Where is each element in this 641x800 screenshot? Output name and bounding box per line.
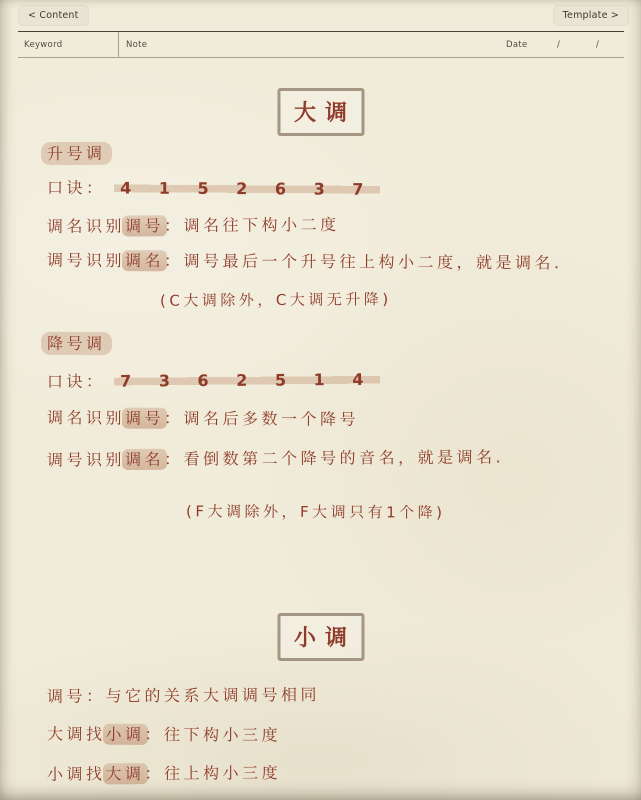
date-column-label: Date <box>506 40 528 50</box>
rule-highlight: 大调 <box>102 763 147 784</box>
f-major-exception-note: (F大调除外，F大调只有1个降) <box>186 500 446 522</box>
note-column-label: Note <box>126 40 147 50</box>
content-back-button[interactable]: < Content <box>19 6 88 25</box>
rule-text: 调号 <box>47 687 86 706</box>
rule-highlight: 调名 <box>122 449 167 470</box>
sharp-keys-heading-text: 升号调 <box>41 142 112 165</box>
rule-text: ：看倒数第二个降号的音名，就是调名. <box>164 447 504 468</box>
rule-text: 调名识别 <box>47 408 125 427</box>
flat-keys-formula: 7 3 6 2 5 1 4 <box>114 370 380 391</box>
flat-rule-signature-to-name: 调号识别调名：看倒数第二个降号的音名，就是调名. <box>47 444 504 470</box>
formula-label: 口诀： <box>47 372 106 391</box>
rule-text: 调名识别 <box>47 216 125 236</box>
rule-text: 调号识别 <box>47 450 125 470</box>
date-slash-2: / <box>596 40 599 50</box>
sharp-keys-heading: 升号调 <box>47 141 106 164</box>
table-top-rule <box>18 31 624 32</box>
rule-highlight: 小调 <box>102 724 147 745</box>
template-next-button[interactable]: Template > <box>554 6 628 25</box>
flat-keys-heading-text: 降号调 <box>41 332 112 355</box>
major-to-minor-rule: 大调找小调：往下构小三度 <box>47 721 281 745</box>
flat-keys-heading: 降号调 <box>47 331 106 354</box>
minor-rule-signature: 调号：与它的关系大调调号相同 <box>47 682 320 707</box>
rule-highlight: 调号 <box>122 215 167 236</box>
formula-label: 口诀： <box>47 178 106 197</box>
major-key-title: 大调 <box>294 101 356 126</box>
minor-key-title: 小调 <box>294 626 356 651</box>
sharp-keys-formula: 4 1 5 2 6 3 7 <box>114 178 380 198</box>
rule-highlight: 调号 <box>122 408 167 429</box>
flat-keys-formula-line: 口诀： 7 3 6 2 5 1 4 <box>47 367 381 392</box>
rule-text: ：往下构小三度 <box>144 725 281 745</box>
table-bottom-rule <box>18 57 624 58</box>
rule-text: 调号识别 <box>47 251 125 270</box>
rule-text: ：与它的关系大调调号相同 <box>86 685 320 706</box>
major-rule-signature-to-name: 调号识别调名：调号最后一个升号往上构小二度，就是调名. <box>47 248 563 274</box>
rule-text: 小调找 <box>47 764 106 783</box>
table-column-divider <box>118 32 119 57</box>
major-key-title-box: 大调 <box>277 88 364 136</box>
date-slash-1: / <box>557 40 560 50</box>
minor-to-major-rule: 小调找大调：往上构小三度 <box>47 760 281 785</box>
rule-highlight: 调名 <box>122 250 167 271</box>
c-major-exception-note: (C大调除外，C大调无升降) <box>160 288 392 311</box>
rule-text: ：调号最后一个升号往上构小二度，就是调名. <box>164 251 563 272</box>
rule-text: ：调名后多数一个降号 <box>164 409 359 429</box>
rule-text: 大调找 <box>47 724 106 743</box>
sharp-keys-formula-line: 口诀： 4 1 5 2 6 3 7 <box>47 175 381 200</box>
major-rule-name-to-signature: 调名识别调号：调名往下构小二度 <box>47 212 340 237</box>
rule-text: ：往上构小三度 <box>144 763 281 783</box>
rule-text: ：调名往下构小二度 <box>164 215 340 235</box>
keyword-column-label: Keyword <box>24 40 62 50</box>
minor-key-title-box: 小调 <box>277 613 364 661</box>
flat-rule-name-to-signature: 调名识别调号：调名后多数一个降号 <box>47 405 359 430</box>
